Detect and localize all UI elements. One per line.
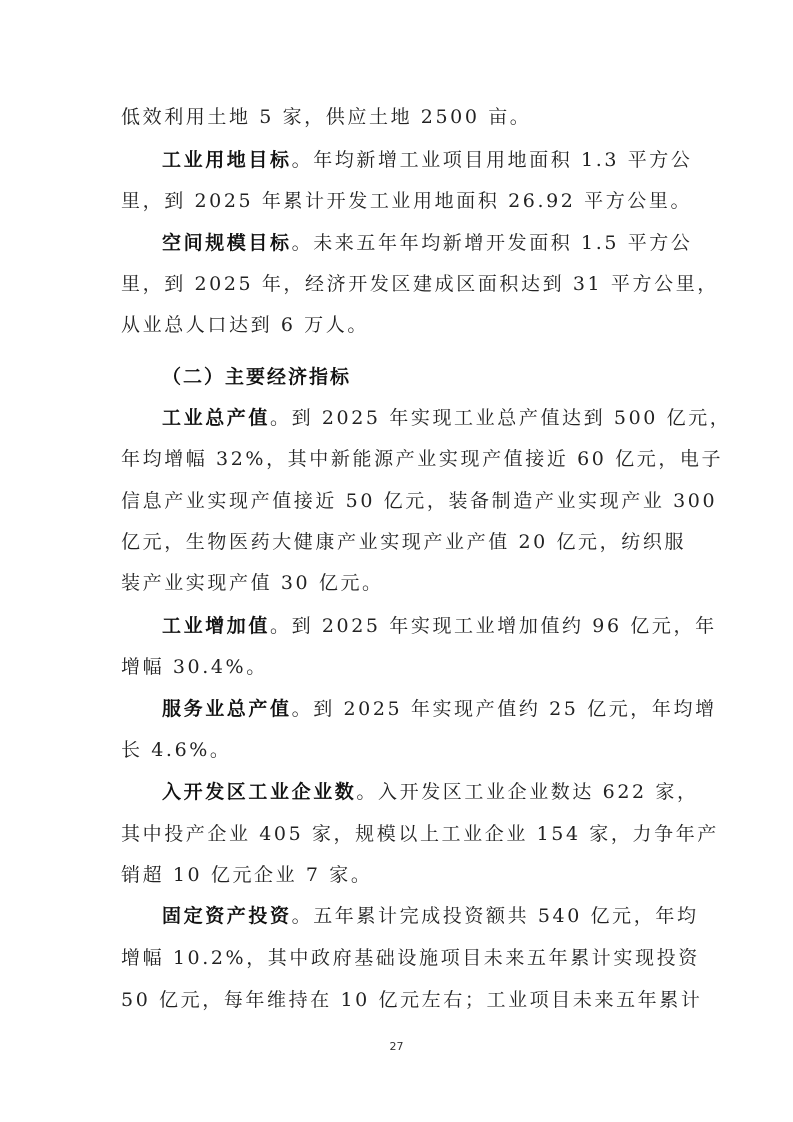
paragraph-text: 。五年累计完成投资额共 540 亿元，年均 (292, 905, 699, 927)
paragraph-line: 固定资产投资。五年累计完成投资额共 540 亿元，年均 (162, 901, 673, 931)
paragraph-line: 空间规模目标。未来五年年均新增开发面积 1.5 平方公 (162, 228, 673, 258)
document-page: 低效利用土地 5 家，供应土地 2500 亩。 工业用地目标。年均新增工业项目用… (0, 0, 793, 1122)
paragraph-line: 低效利用土地 5 家，供应土地 2500 亩。 (121, 102, 673, 132)
paragraph-line: 其中投产企业 405 家，规模以上工业企业 154 家，力争年产 (121, 819, 673, 849)
paragraph-line: 亿元，生物医药大健康产业实现产业产值 20 亿元，纺织服 (121, 527, 673, 557)
page-number: 27 (0, 1040, 793, 1053)
paragraph-lead: 工业总产值 (162, 407, 270, 429)
paragraph-line: 销超 10 亿元企业 7 家。 (121, 860, 673, 890)
paragraph-line: 工业增加值。到 2025 年实现工业增加值约 96 亿元，年 (162, 611, 673, 641)
paragraph-line: 从业总人口达到 6 万人。 (121, 310, 673, 340)
paragraph-line: 增幅 30.4%。 (121, 652, 673, 682)
paragraph-lead: 工业增加值 (162, 615, 270, 637)
section-heading: （二）主要经济指标 (162, 362, 351, 392)
paragraph-line: 年均增幅 32%，其中新能源产业实现产值接近 60 亿元，电子 (121, 444, 673, 474)
paragraph-line: 长 4.6%。 (121, 735, 673, 765)
paragraph-text: 。年均新增工业项目用地面积 1.3 平方公 (292, 149, 693, 171)
paragraph-line: 入开发区工业企业数。入开发区工业企业数达 622 家， (162, 777, 673, 807)
paragraph-line: 增幅 10.2%，其中政府基础设施项目未来五年累计实现投资 (121, 943, 673, 973)
paragraph-text: 。未来五年年均新增开发面积 1.5 平方公 (292, 232, 693, 254)
paragraph-line: 服务业总产值。到 2025 年实现产值约 25 亿元，年均增 (162, 694, 673, 724)
paragraph-line: 里，到 2025 年，经济开发区建成区面积达到 31 平方公里， (121, 269, 673, 299)
paragraph-line: 工业总产值。到 2025 年实现工业总产值达到 500 亿元， (162, 403, 673, 433)
paragraph-line: 里，到 2025 年累计开发工业用地面积 26.92 平方公里。 (121, 186, 673, 216)
paragraph-text: 。到 2025 年实现工业总产值达到 500 亿元， (270, 407, 731, 429)
paragraph-lead: 入开发区工业企业数 (162, 781, 356, 803)
paragraph-line: 50 亿元，每年维持在 10 亿元左右；工业项目未来五年累计 (121, 985, 673, 1015)
paragraph-line: 装产业实现产值 30 亿元。 (121, 568, 673, 598)
paragraph-line: 信息产业实现产值接近 50 亿元，装备制造产业实现产业 300 (121, 486, 673, 516)
paragraph-lead: 空间规模目标 (162, 232, 292, 254)
paragraph-text: 。入开发区工业企业数达 622 家， (356, 781, 698, 803)
paragraph-text: 。到 2025 年实现产值约 25 亿元，年均增 (292, 698, 717, 720)
paragraph-lead: 服务业总产值 (162, 698, 292, 720)
paragraph-lead: 工业用地目标 (162, 149, 292, 171)
paragraph-line: 工业用地目标。年均新增工业项目用地面积 1.3 平方公 (162, 145, 673, 175)
paragraph-lead: 固定资产投资 (162, 905, 292, 927)
paragraph-text: 。到 2025 年实现工业增加值约 96 亿元，年 (270, 615, 717, 637)
